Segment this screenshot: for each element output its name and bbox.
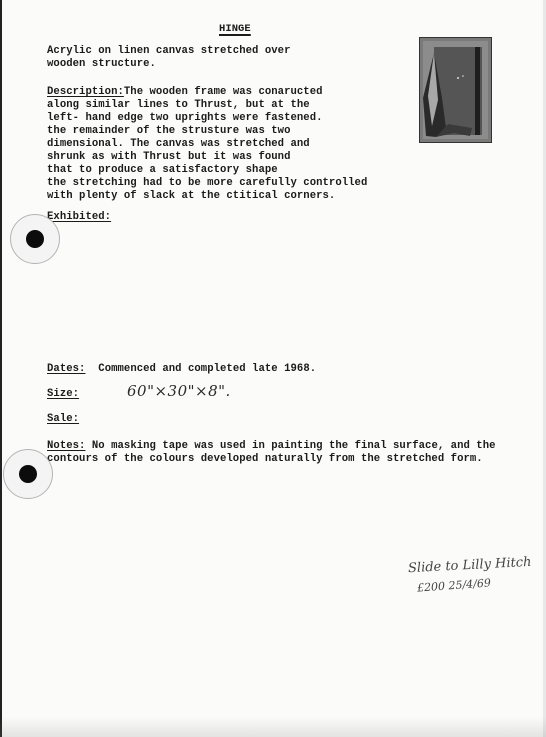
- punch-hole-center: [19, 465, 37, 483]
- description-first-line: Description:The wooden frame was conaruc…: [47, 86, 323, 99]
- description-line: left- hand edge two uprights were fasten…: [47, 112, 323, 125]
- title-text: HINGE: [219, 23, 251, 35]
- description-label: Description:: [47, 86, 124, 98]
- size-handwritten-value: 60"×30"×8".: [127, 382, 231, 400]
- description-line: the remainder of the strusture was two: [47, 125, 290, 138]
- description-line: shrunk as with Thrust but it was found: [47, 151, 290, 164]
- exhibited-label: Exhibited:: [47, 211, 111, 223]
- size-field: Size:: [47, 388, 79, 401]
- description-line: with plenty of slack at the ctitical cor…: [47, 190, 335, 203]
- description-line: dimensional. The canvas was stretched an…: [47, 138, 310, 151]
- size-label: Size:: [47, 388, 79, 400]
- punch-hole-top: [10, 214, 60, 264]
- notes-line: No masking tape was used in painting the…: [92, 440, 496, 452]
- sale-label: Sale:: [47, 413, 79, 425]
- document-title: HINGE: [219, 23, 251, 36]
- handwritten-annotation-line2: £200 25/4/69: [417, 576, 492, 594]
- handwritten-annotation-line1: Slide to Lilly Hitch: [408, 555, 532, 576]
- medium-line-2: wooden structure.: [47, 58, 156, 71]
- description-line: along similar lines to Thrust, but at th…: [47, 99, 310, 112]
- sale-field: Sale:: [47, 413, 79, 426]
- dates-field: Dates: Commenced and completed late 1968…: [47, 363, 316, 376]
- description-line: The wooden frame was conaructed: [124, 86, 323, 98]
- description-line: that to produce a satisfactory shape: [47, 164, 278, 177]
- document-page: HINGE Acrylic on linen canvas stretched …: [0, 0, 546, 737]
- dates-value: Commenced and completed late 1968.: [98, 363, 316, 375]
- page-left-edge: [0, 0, 2, 737]
- medium-line-1: Acrylic on linen canvas stretched over: [47, 45, 290, 58]
- notes-label: Notes:: [47, 440, 85, 452]
- notes-line: contours of the colours developed natura…: [47, 453, 483, 466]
- description-line: the stretching had to be more carefully …: [47, 177, 367, 190]
- punch-hole-center: [26, 230, 44, 248]
- artwork-image-icon: [420, 38, 491, 142]
- notes-first-line: Notes: No masking tape was used in paint…: [47, 440, 496, 453]
- page-bottom-shadow: [0, 717, 546, 737]
- dates-label: Dates:: [47, 363, 85, 375]
- exhibited-field: Exhibited:: [47, 211, 111, 224]
- artwork-photo: [419, 37, 492, 143]
- punch-hole-bottom: [3, 449, 53, 499]
